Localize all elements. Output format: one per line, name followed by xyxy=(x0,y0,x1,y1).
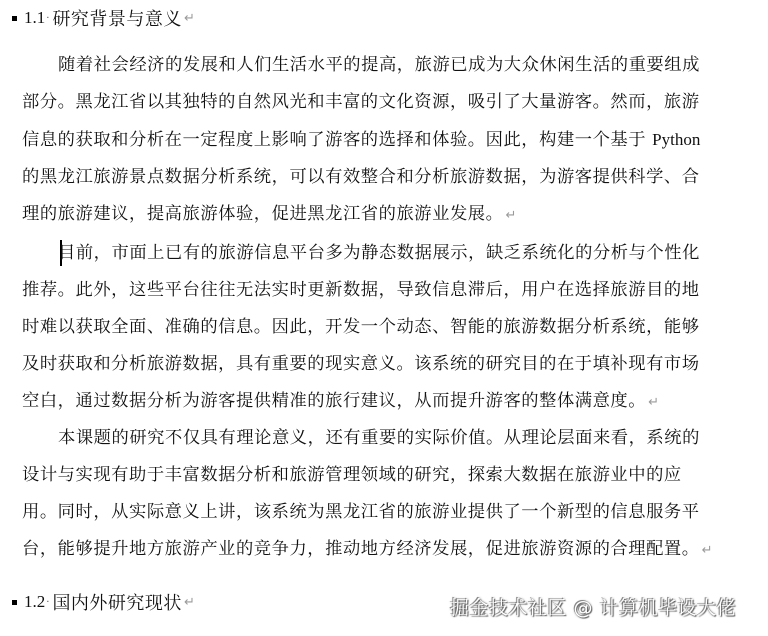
heading-number: 1.1 xyxy=(24,8,45,28)
space-marker: · xyxy=(46,597,49,608)
paragraph-mark-icon: ↵ xyxy=(648,395,659,410)
heading-bullet-icon xyxy=(12,600,17,605)
text-segment: 理的旅游建议，提高旅游体验，促进黑龙江省的旅游业发展。 xyxy=(22,204,503,224)
heading-number: 1.2 xyxy=(24,592,45,612)
section-heading-1-1[interactable]: 1.1 · 研究背景与意义 ↵ xyxy=(12,6,195,30)
heading-title: 国内外研究现状 xyxy=(52,589,182,615)
heading-bullet-icon xyxy=(12,16,17,21)
space-marker: · xyxy=(46,13,49,24)
text-line: 部分。黑龙江省以其独特的自然风光和丰富的文化资源，吸引了大量游客。然而，旅游 xyxy=(22,87,746,117)
text-line: 空白，通过数据分析为游客提供精准的旅行建议，从而提升游客的整体满意度。↵ xyxy=(22,386,746,416)
text-segment: 信息的获取和分析在一定程度上影响了游客的选择和体验。因此，构建一个基于 xyxy=(22,130,652,150)
paragraph-mark-icon: ↵ xyxy=(702,543,713,558)
section-heading-1-2[interactable]: 1.2 · 国内外研究现状 ↵ xyxy=(12,590,195,614)
paragraph-mark-icon: ↵ xyxy=(184,11,195,26)
text-line: 信息的获取和分析在一定程度上影响了游客的选择和体验。因此，构建一个基于 Pyth… xyxy=(22,125,746,155)
text-line: 本课题的研究不仅具有理论意义，还有重要的实际价值。从理论层面来看，系统的 xyxy=(58,423,768,453)
heading-title: 研究背景与意义 xyxy=(52,5,182,31)
text-line: 推荐。此外，这些平台往往无法实时更新数据，导致信息滞后，用户在选择旅游目的地 xyxy=(22,275,746,305)
text-segment: 空白，通过数据分析为游客提供精准的旅行建议，从而提升游客的整体满意度。 xyxy=(22,391,646,411)
latin-term: Python xyxy=(652,130,700,149)
text-line: 用。同时，从实际意义上讲，该系统为黑龙江省的旅游业提供了一个新型的信息服务平 xyxy=(22,497,746,527)
text-line: 设计与实现有助于丰富数据分析和旅游管理领域的研究，探索大数据在旅游业中的应 xyxy=(22,460,746,490)
watermark: 掘金技术社区 @ 计算机毕设大佬 xyxy=(450,593,736,620)
text-line: 及时获取和分析旅游数据，具有重要的现实意义。该系统的研究目的在于填补现有市场 xyxy=(22,349,746,379)
paragraph-mark-icon: ↵ xyxy=(505,208,516,223)
paragraph-mark-icon: ↵ xyxy=(184,595,195,610)
text-line: 随着社会经济的发展和人们生活水平的提高，旅游已成为大众休闲生活的重要组成 xyxy=(58,50,768,80)
text-line: 时难以获取全面、准确的信息。因此，开发一个动态、智能的旅游数据分析系统，能够 xyxy=(22,312,746,342)
text-line: 理的旅游建议，提高旅游体验，促进黑龙江省的旅游业发展。↵ xyxy=(22,199,746,229)
text-line: 目前，市面上已有的旅游信息平台多为静态数据展示，缺乏系统化的分析与个性化 xyxy=(58,238,768,268)
text-line: 台，能够提升地方旅游产业的竞争力，推动地方经济发展，促进旅游资源的合理配置。↵ xyxy=(22,534,746,564)
text-segment: 台，能够提升地方旅游产业的竞争力，推动地方经济发展，促进旅游资源的合理配置。 xyxy=(22,539,700,559)
text-line: 的黑龙江旅游景点数据分析系统，可以有效整合和分析旅游数据，为游客提供科学、合 xyxy=(22,162,746,192)
